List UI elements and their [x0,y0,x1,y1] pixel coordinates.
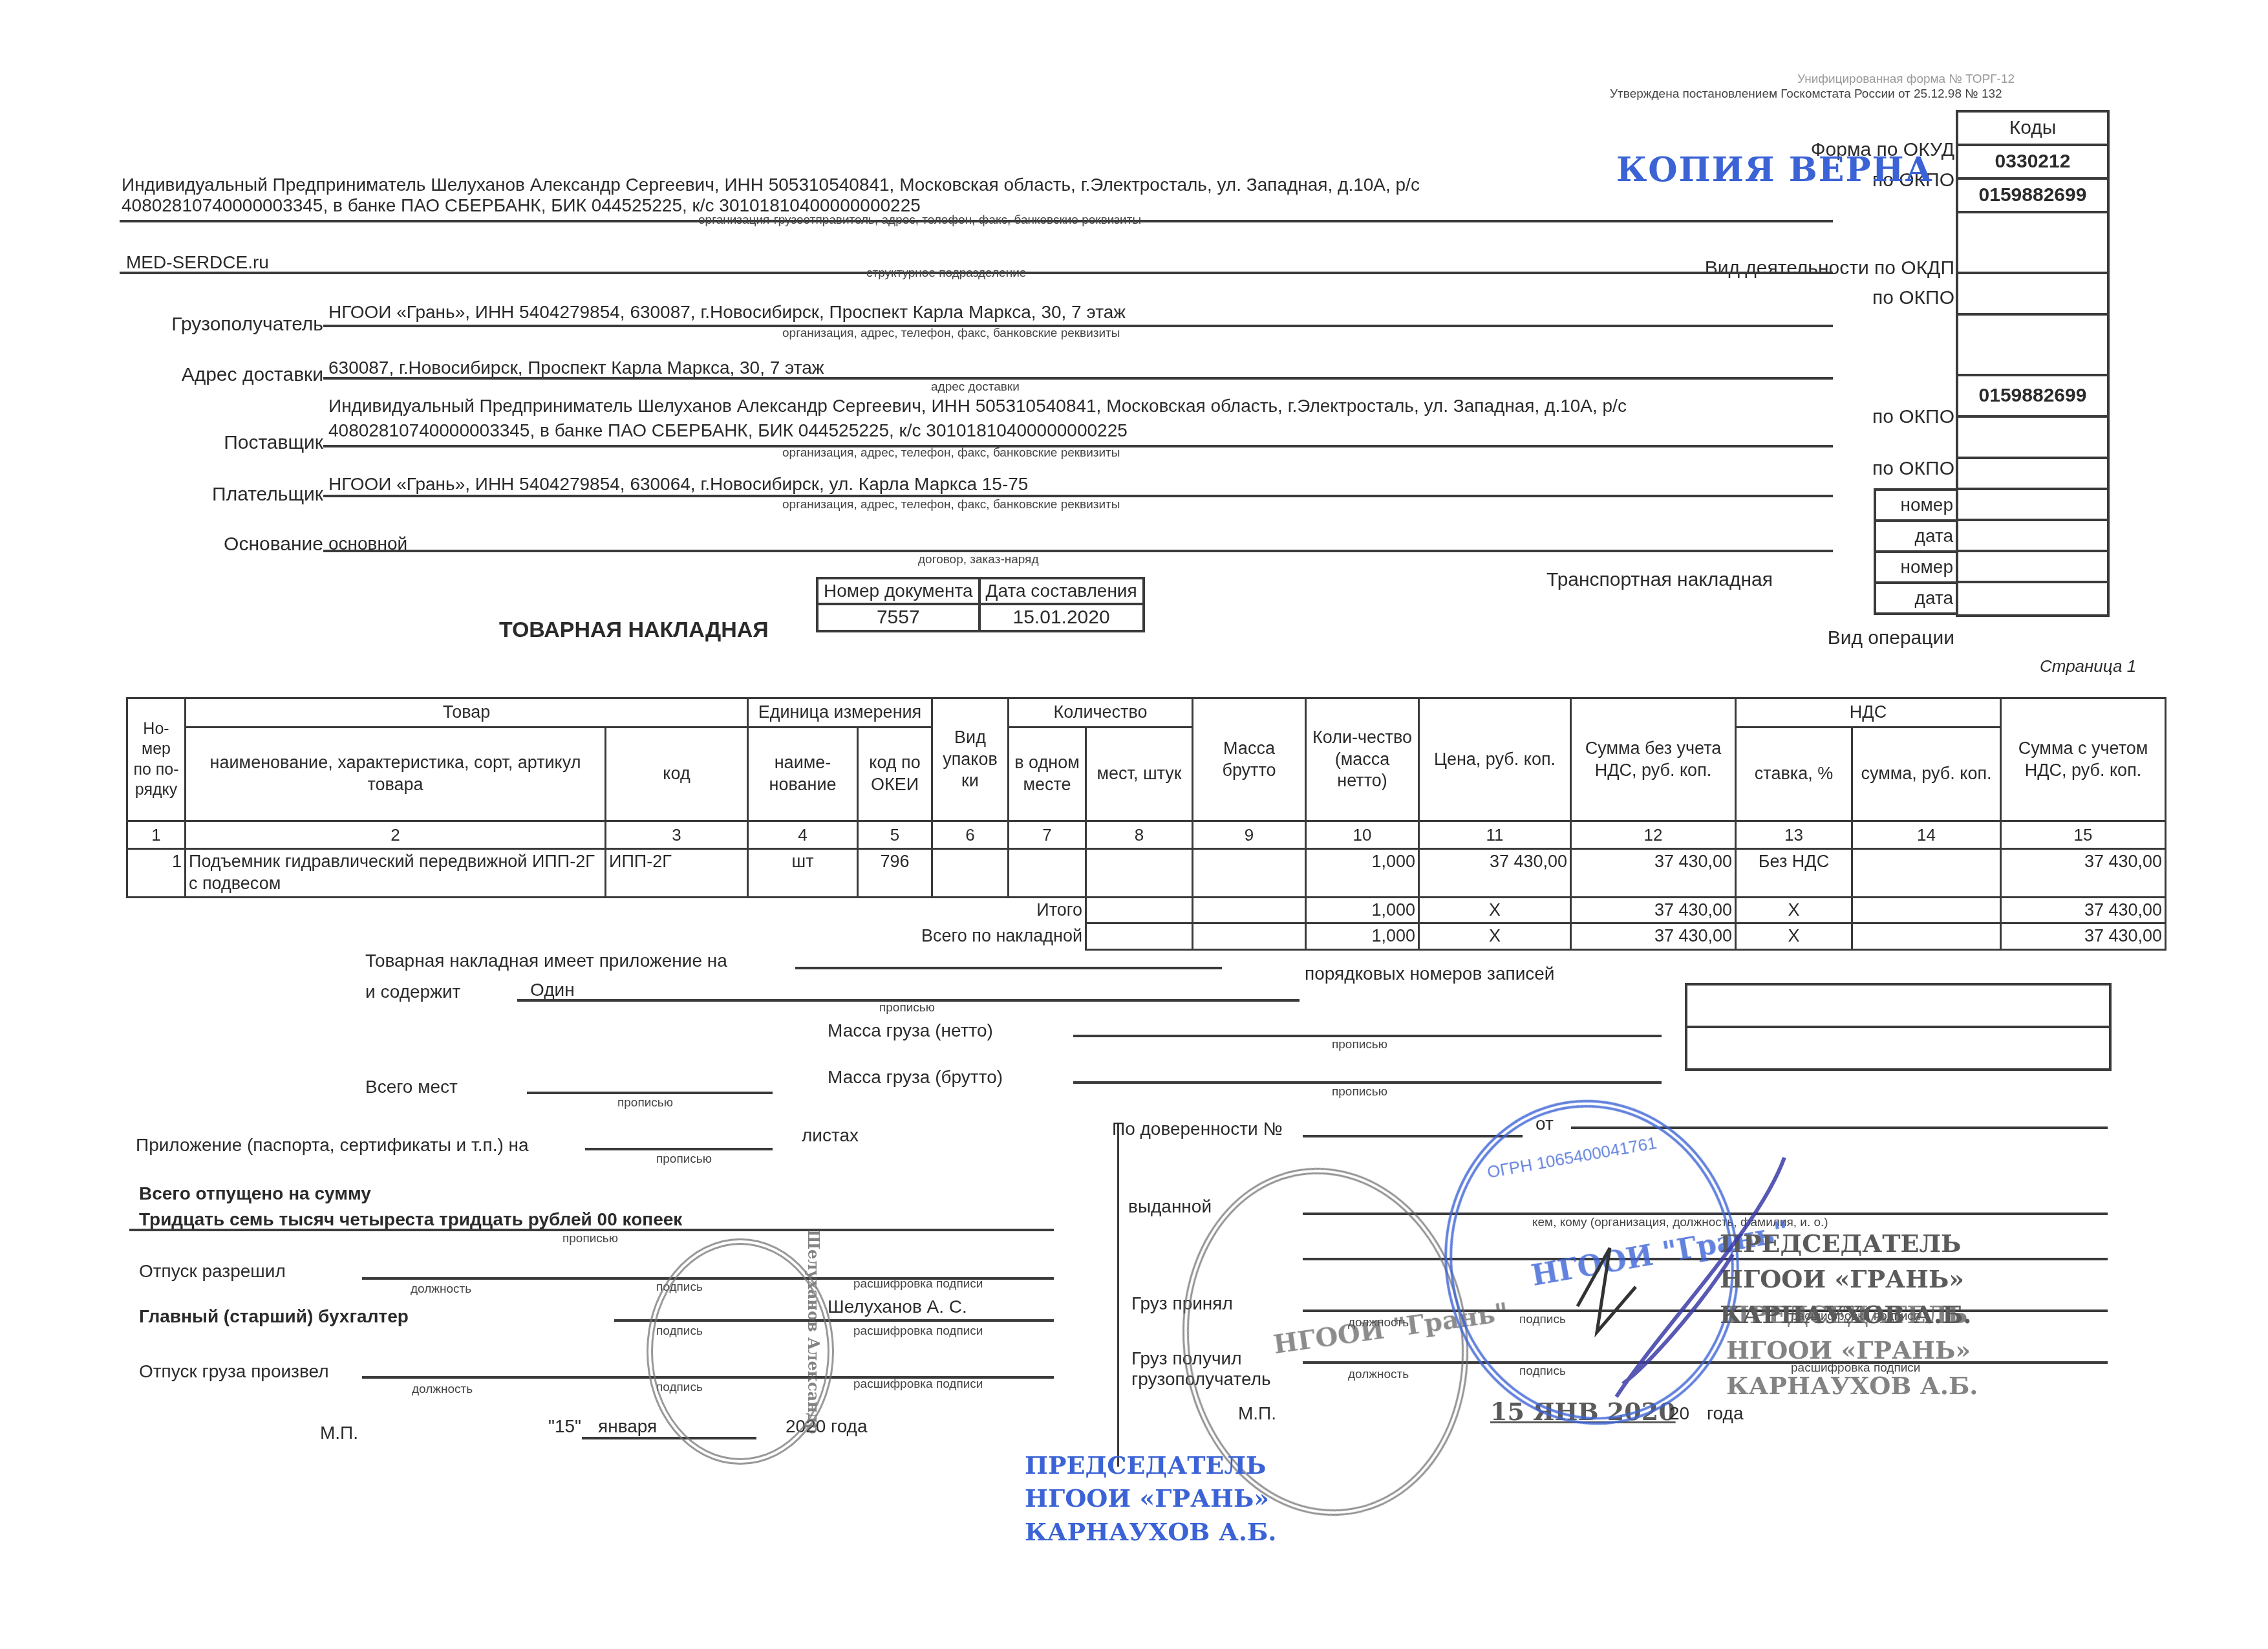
codes-block: Коды 0330212 0159882699 0159882699 [1956,110,2110,617]
th-unit: Единица измерения [748,698,932,727]
total-places [1086,897,1193,923]
column-index-15: 15 [2001,821,2166,849]
basis-number-label: номер [1876,491,1957,519]
transport-invoice-label: Транспортная накладная [1546,569,1773,591]
total-qty: 1,000 [1306,897,1419,923]
doc-date: 15.01.2020 [979,604,1144,631]
row-qty: 1,000 [1306,849,1419,898]
basis-caption: договор, заказ-наряд [918,553,1039,567]
grand-qty: 1,000 [1306,923,1419,950]
row-price: 37 430,00 [1419,849,1571,898]
accountant-name: Шелуханов А. С. [828,1297,967,1317]
in-words-net: прописью [1332,1038,1387,1052]
doc-number: 7557 [817,604,979,631]
total-vat-rate: X [1736,897,1852,923]
payer-label: Плательщик [212,484,323,506]
places-label: Всего мест [365,1077,458,1097]
total-sum-novat: 37 430,00 [1571,897,1736,923]
allowed-position: должность [411,1282,471,1297]
shipper-line1: Индивидуальный Предприниматель Шелуханов… [122,175,1420,195]
column-index-13: 13 [1736,821,1852,849]
th-gross: Масса брутто [1193,698,1306,821]
column-index-7: 7 [1009,821,1086,849]
copy-verified-stamp: КОПИЯ ВЕРНА [1616,150,1934,189]
th-net: Коли-чество (масса нетто) [1306,698,1419,821]
th-vat-rate: ставка, % [1736,727,1852,821]
allowed-label: Отпуск разрешил [139,1261,286,1282]
th-sum-vat: Сумма с учетом НДС, руб. коп. [2001,698,2166,821]
th-qty-one: в одном месте [1009,727,1086,821]
code-blank [1958,211,2107,272]
net-mass-label: Масса груза (нетто) [828,1020,993,1041]
tn-number-label: номер [1876,550,1957,581]
row-in-one [1009,849,1086,898]
th-goods-code: код [606,727,748,821]
th-vat-sum: сумма, руб. коп. [1852,727,2001,821]
code-basis-number [1958,457,2107,488]
grand-sum-vat: 37 430,00 [2001,923,2166,950]
column-index-6: 6 [932,821,1009,849]
total-sum-vat: 37 430,00 [2001,897,2166,923]
row-unit: шт [748,849,858,898]
code-operation [1958,581,2107,614]
total-gross [1193,897,1306,923]
code-okpo-supplier: 0159882699 [1958,374,2107,415]
th-sum-novat: Сумма без учета НДС, руб. коп. [1571,698,1736,821]
codes-title: Коды [1958,113,2107,144]
th-goods: Товар [186,698,748,727]
column-index-3: 3 [606,821,748,849]
total-label: Итого [127,897,1086,923]
grand-vat-rate: X [1736,923,1852,950]
grand-label: Всего по накладной [127,923,1086,950]
release-day: "15" [548,1416,581,1437]
appendix-label: Товарная накладная имеет приложение на [365,951,727,971]
row-sum-vat: 37 430,00 [2001,849,2166,898]
column-index-10: 10 [1306,821,1419,849]
column-index-11: 11 [1419,821,1571,849]
th-goods-name: наименование, характеристика, сорт, арти… [186,727,606,821]
shipped-label: Отпуск груза произвел [139,1361,328,1382]
transport-labels: номер дата номер дата [1874,488,1957,615]
total-price: X [1419,897,1571,923]
th-unit-name: наиме-нование [748,727,858,821]
supplier-caption: организация, адрес, телефон, факс, банко… [782,446,1120,460]
supplier-seal: Шелуханов Александр [647,1238,834,1465]
row-sum-novat: 37 430,00 [1571,849,1736,898]
grand-sum-novat: 37 430,00 [1571,923,1736,950]
code-tn-number [1958,519,2107,550]
supplier-line2: 40802810740000003345, в банке ПАО СБЕРБА… [328,420,1128,441]
row-name: Подъемник гидравлический передвижной ИПП… [186,849,606,898]
row-pack [932,849,1009,898]
released-sum-words: Тридцать семь тысяч четыреста тридцать р… [139,1209,682,1230]
supplier-label: Поставщик [224,432,323,454]
delivery-value: 630087, г.Новосибирск, Проспект Карла Ма… [328,358,824,378]
form-name: Унифицированная форма № ТОРГ-12 [1797,72,2015,87]
th-unit-okei: код по ОКЕИ [858,727,932,821]
accountant-label: Главный (старший) бухгалтер [139,1306,409,1327]
code-basis-date [1958,488,2107,519]
docs-label: Приложение (паспорта, сертификаты и т.п.… [136,1135,529,1156]
payer-caption: организация, адрес, телефон, факс, банко… [782,498,1120,512]
th-pack: Вид упаков ки [932,698,1009,821]
label-okdp: Вид деятельности по ОКДП [1705,257,1954,279]
shipped-position: должность [412,1383,473,1397]
section-divider [1117,1124,1119,1467]
grand-vat-sum [1852,923,2001,950]
code-tn-date [1958,550,2107,581]
row-okei: 796 [858,849,932,898]
th-price: Цена, руб. коп. [1419,698,1571,821]
row-no: 1 [127,849,186,898]
consignee-caption: организация, адрес, телефон, факс, банко… [782,327,1120,341]
label-okpo-3: по ОКПО [1872,406,1954,428]
document-number-table: Номер документа Дата составления 7557 15… [816,577,1145,632]
grand-gross [1193,923,1306,950]
accountant-decode: расшифровка подписи [853,1324,983,1339]
basis-date-label: дата [1876,519,1957,550]
gross-mass-label: Масса груза (брутто) [828,1067,1003,1088]
division-value: MED-SERDCE.ru [126,252,269,273]
total-vat-sum [1852,897,2001,923]
operation-label: Вид операции [1828,627,1954,649]
column-index-2: 2 [186,821,606,849]
th-qty: Количество [1009,698,1193,727]
label-okpo-2: по ОКПО [1872,287,1954,309]
in-words-gross: прописью [1332,1085,1387,1099]
document-title: ТОВАРНАЯ НАКЛАДНАЯ [499,618,769,643]
code-okpo-payer [1958,415,2107,457]
shipper-caption: организация-грузоотправитель, адрес, тел… [698,213,1141,228]
th-number: Но-мер по по-рядку [127,698,186,821]
column-index-14: 14 [1852,821,2001,849]
column-index-9: 9 [1193,821,1306,849]
total-row: Итого 1,000 X 37 430,00 X 37 430,00 [127,897,2166,923]
row-places [1086,849,1193,898]
in-words-docs: прописью [656,1152,712,1167]
column-index-4: 4 [748,821,858,849]
supplier-line1: Индивидуальный Предприниматель Шелуханов… [328,396,1627,416]
delivery-caption: адрес доставки [931,380,1020,394]
row-vat-sum [1852,849,2001,898]
grand-price: X [1419,923,1571,950]
shipped-decode: расшифровка подписи [853,1377,983,1392]
code-okud: 0330212 [1958,144,2107,177]
contains-label: и содержит [365,982,460,1002]
grand-places [1086,923,1193,950]
delivery-label: Адрес доставки [182,364,323,386]
th-qty-places: мест, штук [1086,727,1193,821]
row-code: ИПП-2Г [606,849,748,898]
doc-number-label: Номер документа [817,578,979,604]
goods-table: Но-мер по по-рядку Товар Единица измерен… [126,697,2166,951]
payer-value: НГООИ «Грань», ИНН 5404279854, 630064, г… [328,474,1028,495]
sheets-label: листах [802,1125,859,1146]
released-sum-label: Всего отпущено на сумму [139,1183,371,1204]
basis-label: Основание [224,533,323,555]
table-row: 1 Подъемник гидравлический передвижной И… [127,849,2166,898]
label-okpo-4: по ОКПО [1872,458,1954,480]
consignee-value: НГООИ «Грань», ИНН 5404279854, 630087, г… [328,302,1126,323]
row-vat-rate: Без НДС [1736,849,1852,898]
in-words-sum: прописью [562,1232,618,1246]
seal-place-left: М.П. [320,1423,358,1443]
code-okpo-shipper: 0159882699 [1958,177,2107,211]
th-vat: НДС [1736,698,2001,727]
division-caption: структурное подразделение [866,266,1026,281]
doc-date-label: Дата составления [979,578,1144,604]
row-gross [1193,849,1306,898]
column-index-12: 12 [1571,821,1736,849]
grand-total-row: Всего по накладной 1,000 X 37 430,00 X 3… [127,923,2166,950]
issued-label: выданной [1128,1196,1212,1217]
chair-stamp-blue: ПРЕДСЕДАТЕЛЬ НГООИ «ГРАНЬ» КАРНАУХОВ А.Б… [1025,1449,1277,1548]
allowed-decode: расшифровка подписи [853,1277,983,1291]
records-label: порядковых номеров записей [1305,964,1555,984]
code-okpo-consignee [1958,313,2107,374]
form-approval: Утверждена постановлением Госкомстата Ро… [1610,87,2002,102]
in-words-1: прописью [879,1001,935,1015]
contains-value: Один [530,980,575,1000]
code-okdp [1958,272,2107,313]
consignee-label: Грузополучатель [171,314,323,336]
signature-scribble [1539,1151,1810,1410]
mass-code-boxes [1685,983,2112,1071]
in-words-places: прописью [617,1096,673,1110]
release-month: января [598,1416,657,1437]
column-index-8: 8 [1086,821,1193,849]
tn-date-label: дата [1876,581,1957,612]
column-index-5: 5 [858,821,932,849]
proxy-label: По доверенности № [1112,1119,1282,1139]
column-index-1: 1 [127,821,186,849]
page-number: Страница 1 [2040,656,2136,676]
column-index-row: 123456789101112131415 [127,821,2166,849]
